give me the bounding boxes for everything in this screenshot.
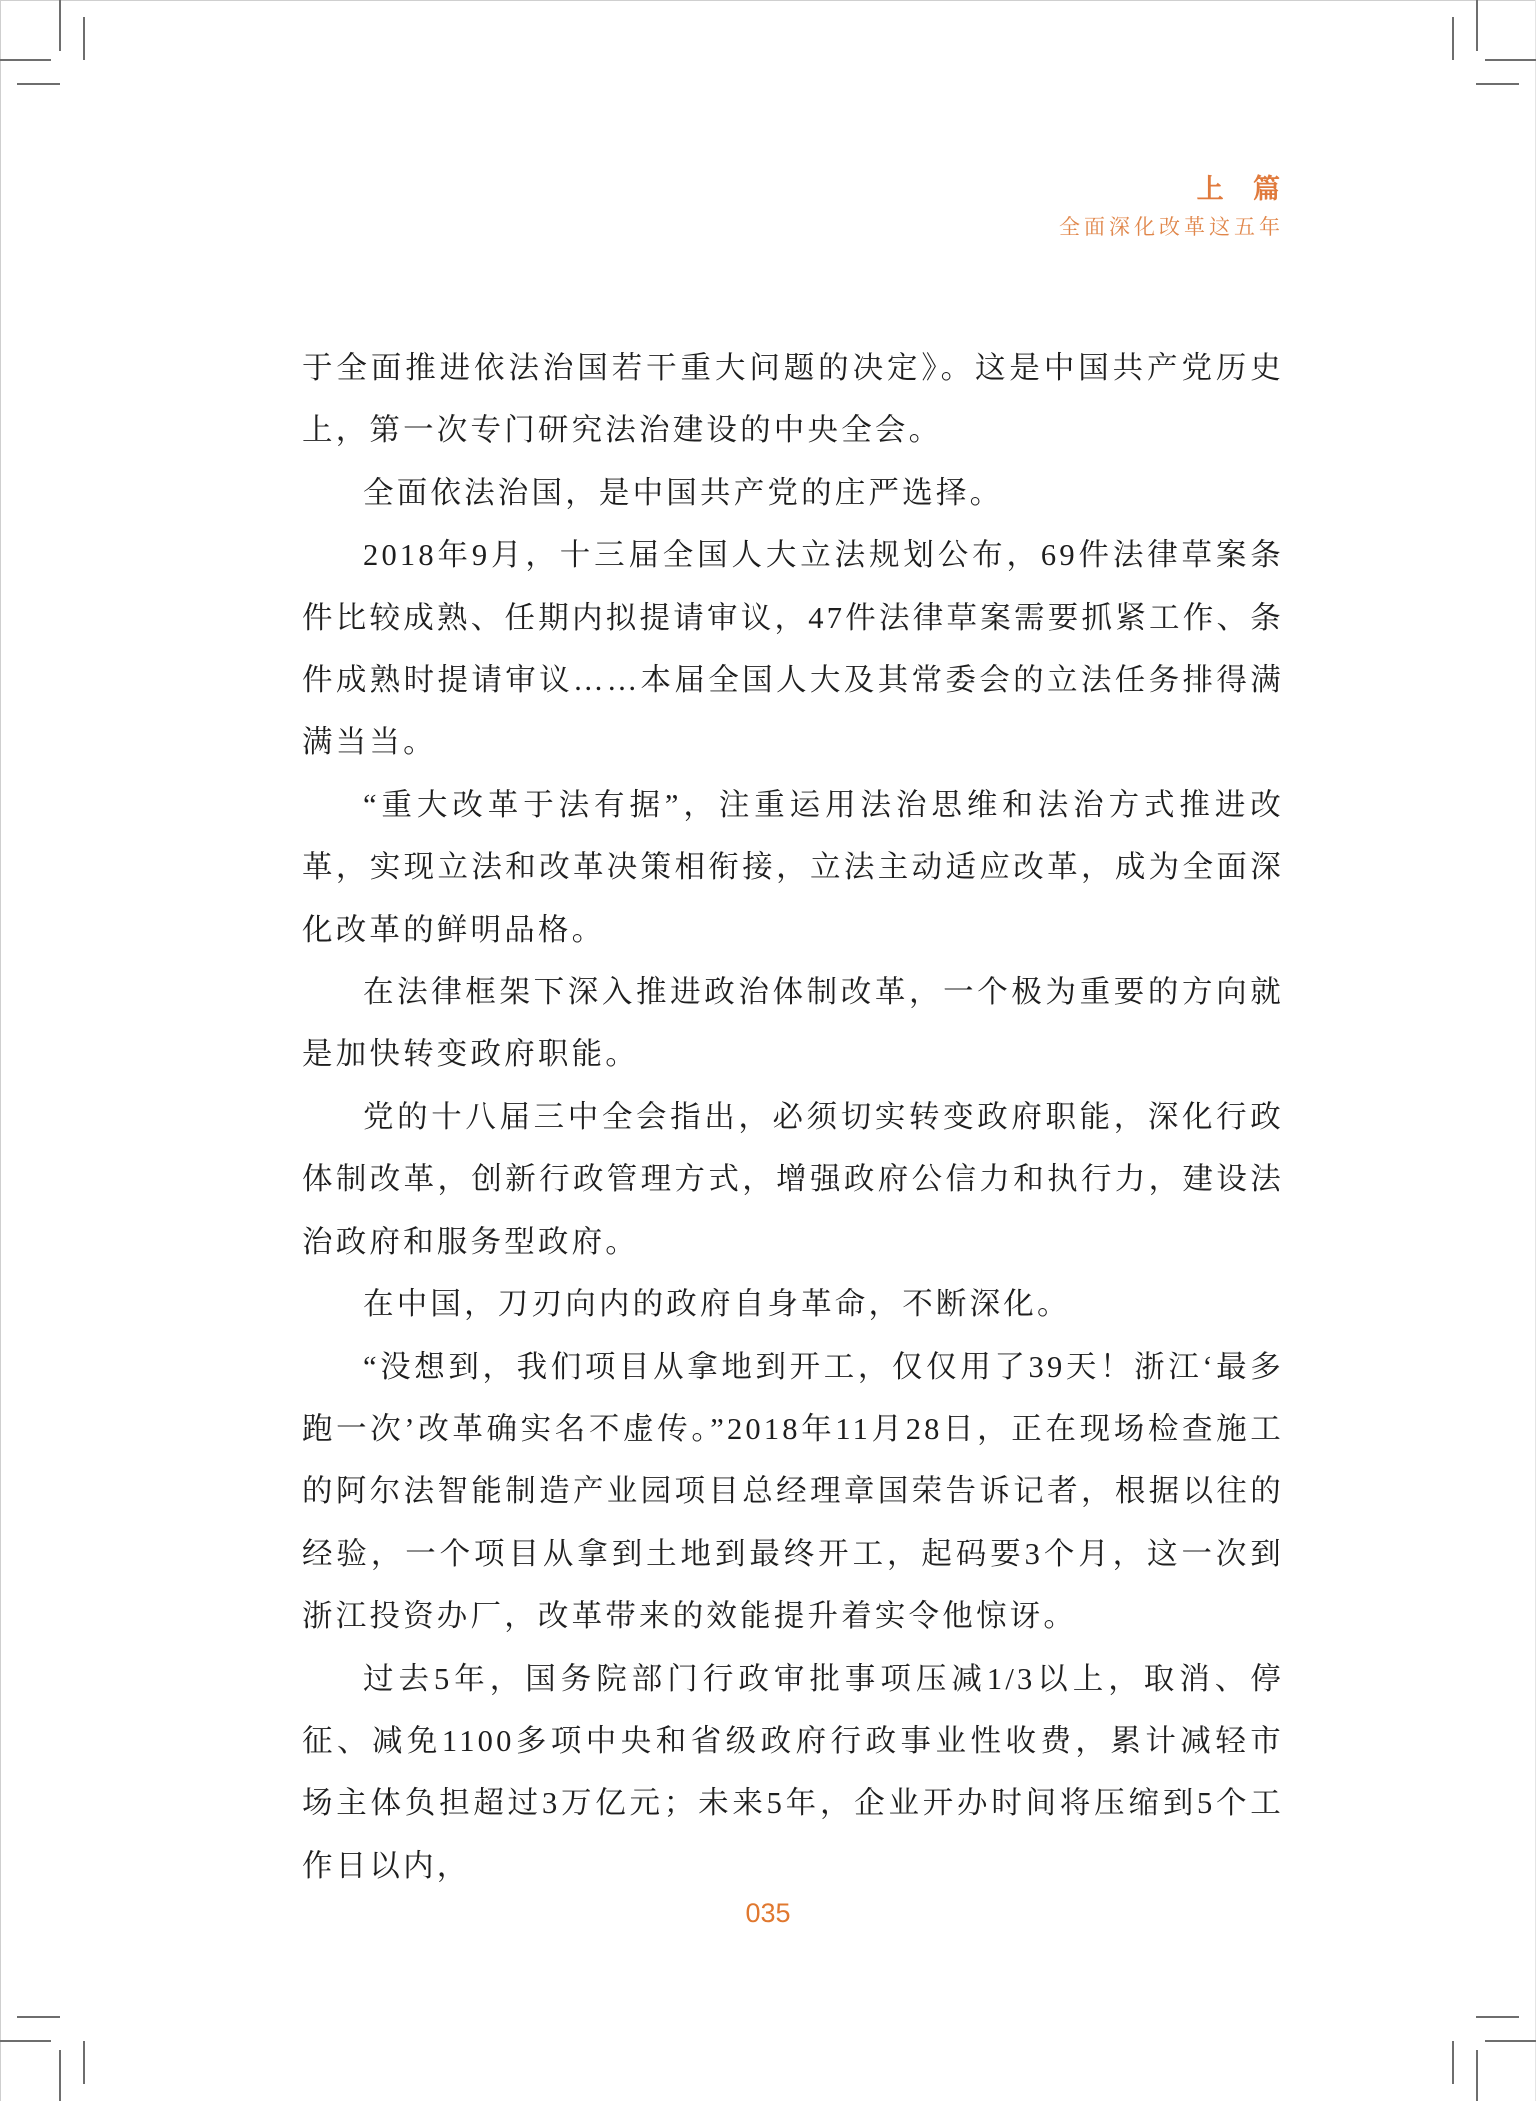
running-head: 上 篇 全面深化改革这五年 [1059, 172, 1280, 242]
paragraph: “重大改革于法有据”，注重运用法治思维和法治方式推进改革，实现立法和改革决策相衔… [302, 774, 1284, 961]
crop-mark-top-left-inner-v [83, 17, 85, 60]
page-edge-top [0, 0, 1536, 1]
crop-mark-top-right-inner-h [1476, 83, 1519, 85]
paragraph: 过去5年，国务院部门行政审批事项压减1/3以上，取消、停征、减免1100多项中央… [302, 1648, 1284, 1898]
paragraph: 在法律框架下深入推进政治体制改革，一个极为重要的方向就是加快转变政府职能。 [302, 961, 1284, 1086]
paragraph-continued: 于全面推进依法治国若干重大问题的决定》。这是中国共产党历史上，第一次专门研究法治… [302, 337, 1284, 462]
crop-mark-bottom-left-outer-h [0, 2040, 51, 2042]
paragraph: “没想到，我们项目从拿地到开工，仅仅用了39天！浙江‘最多跑一次’改革确实名不虚… [302, 1336, 1284, 1648]
paragraph: 2018年9月，十三届全国人大立法规划公布，69件法律草案条件比较成熟、任期内拟… [302, 524, 1284, 774]
page-edge-left [0, 0, 1, 2101]
book-page: 上 篇 全面深化改革这五年 于全面推进依法治国若干重大问题的决定》。这是中国共产… [0, 0, 1536, 2101]
crop-mark-bottom-right-outer-v [1476, 2050, 1478, 2101]
paragraph: 党的十八届三中全会指出，必须切实转变政府职能，深化行政体制改革，创新行政管理方式… [302, 1086, 1284, 1273]
paragraph: 在中国，刀刃向内的政府自身革命，不断深化。 [302, 1273, 1284, 1335]
crop-mark-top-right-outer-h [1485, 59, 1536, 61]
book-title: 全面深化改革这五年 [1059, 212, 1284, 242]
crop-mark-top-left-outer-v [59, 0, 61, 51]
crop-mark-bottom-right-outer-h [1485, 2040, 1536, 2042]
paragraph: 全面依法治国，是中国共产党的庄严选择。 [302, 462, 1284, 524]
crop-mark-bottom-right-inner-v [1452, 2041, 1454, 2084]
part-title: 上 篇 [1059, 172, 1290, 208]
crop-mark-bottom-left-outer-v [59, 2050, 61, 2101]
crop-mark-top-left-inner-h [17, 83, 60, 85]
page-number: 035 [0, 1896, 1536, 1930]
crop-mark-top-right-inner-v [1452, 17, 1454, 60]
body-text: 于全面推进依法治国若干重大问题的决定》。这是中国共产党历史上，第一次专门研究法治… [302, 337, 1284, 1897]
crop-mark-top-right-outer-v [1476, 0, 1478, 51]
crop-mark-bottom-right-inner-h [1476, 2016, 1519, 2018]
crop-mark-bottom-left-inner-v [83, 2041, 85, 2084]
crop-mark-top-left-outer-h [0, 59, 51, 61]
crop-mark-bottom-left-inner-h [17, 2016, 60, 2018]
